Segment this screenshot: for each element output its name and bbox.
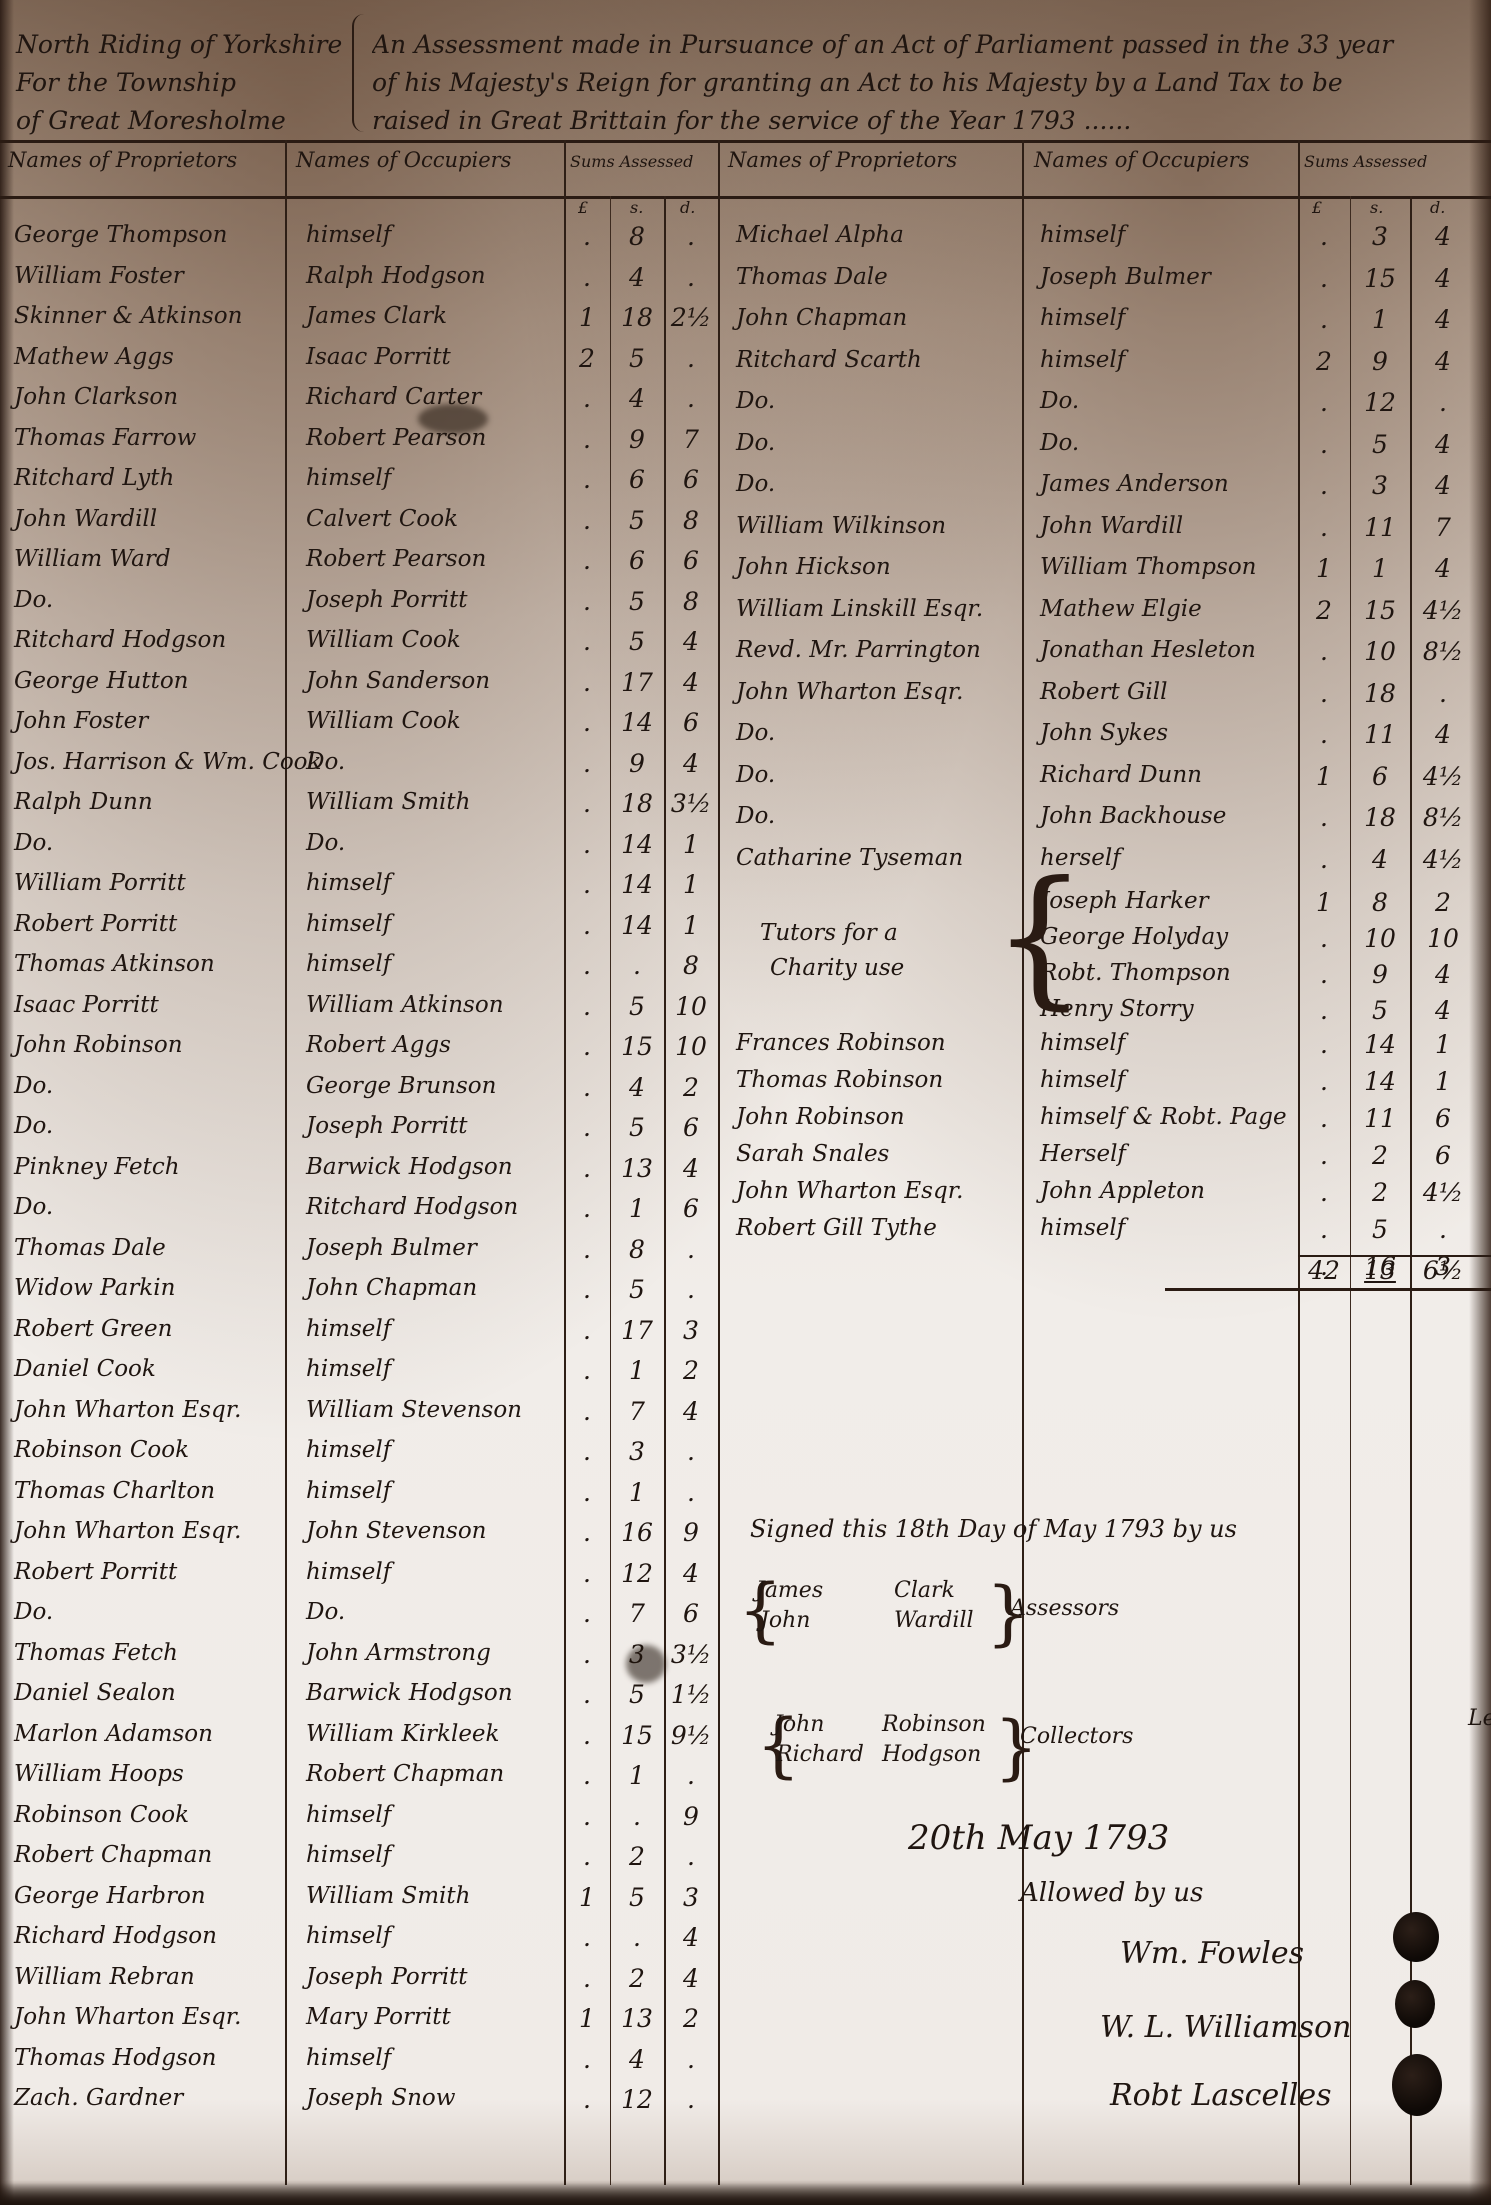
right-table-row: Catharine Tysemanherself.44½ xyxy=(0,845,1491,881)
proprietor-name: Revd. Mr. Parrington xyxy=(736,637,981,663)
pounds-value: . xyxy=(564,1680,610,1709)
shillings-value: 5 xyxy=(1350,996,1410,1025)
header-top-rule xyxy=(0,140,1491,143)
left-table-row: Daniel SealonBarwick Hodgson.51½ xyxy=(0,1680,1491,1716)
header-right-pence: d. xyxy=(1430,198,1445,217)
proprietor-name: Thomas Fetch xyxy=(14,1640,178,1666)
shillings-value: 5 xyxy=(1350,430,1410,459)
pence-value: . xyxy=(1410,388,1476,417)
shillings-value: 7 xyxy=(610,1599,664,1628)
act-line-3: raised in Great Brittain for the service… xyxy=(372,102,1472,140)
occupier-name: William Thompson xyxy=(1040,554,1257,580)
proprietor-name: Thomas Charlton xyxy=(14,1478,215,1504)
pounds-value: . xyxy=(1298,637,1350,666)
total-pence: 6½ xyxy=(1410,1256,1476,1285)
proprietor-name: John Wharton Esqr. xyxy=(14,1397,241,1423)
header-bottom-rule xyxy=(0,196,1491,199)
county-line: North Riding of Yorkshire xyxy=(16,26,356,64)
occupier-name: Robert Chapman xyxy=(306,1761,504,1787)
right-table-after-row: Thomas Robinsonhimself.141 xyxy=(0,1067,1491,1103)
pence-value: . xyxy=(664,1478,718,1507)
proprietor-name: Thomas Robinson xyxy=(736,1067,943,1093)
occupier-name: Joseph Snow xyxy=(306,2085,455,2111)
pence-value: 4½ xyxy=(1410,845,1476,874)
pence-value: . xyxy=(664,1842,718,1871)
charity-proprietor-line-1: Tutors for a xyxy=(760,920,898,946)
total-pounds: 42 xyxy=(1298,1256,1350,1285)
collector-2-first: Richard xyxy=(776,1742,864,1767)
shillings-value: 10 xyxy=(1350,637,1410,666)
shillings-value: 4 xyxy=(1350,845,1410,874)
pence-value: 4 xyxy=(1410,430,1476,459)
shillings-value: 4 xyxy=(610,2045,664,2074)
collector-1-first: John xyxy=(774,1712,824,1737)
header-left-shillings: s. xyxy=(630,198,643,217)
right-table-row: John Chapmanhimself.14 xyxy=(0,305,1491,341)
total-row: 42 13 6½ xyxy=(0,1256,1491,1292)
proprietor-name: John Wharton Esqr. xyxy=(736,1178,963,1204)
shillings-value: 12 xyxy=(610,1559,664,1588)
occupier-name: himself xyxy=(306,2045,391,2071)
proprietor-name: William Rebran xyxy=(14,1964,195,1990)
pounds-value: . xyxy=(1298,305,1350,334)
occupier-name: Joseph Porritt xyxy=(306,1964,468,1990)
left-table-row: Robinson Cookhimself..9 xyxy=(0,1802,1491,1838)
pence-value: 4 xyxy=(1410,720,1476,749)
pence-value: 4 xyxy=(1410,960,1476,989)
pounds-value: . xyxy=(1298,924,1350,953)
left-table-row: John Wharton Esqr.John Stevenson.169 xyxy=(0,1518,1491,1554)
charity-table-row: Joseph Harker182 xyxy=(0,888,1491,924)
pounds-value: . xyxy=(564,1437,610,1466)
proprietor-name: Do. xyxy=(736,430,775,456)
pounds-value: . xyxy=(564,1316,610,1345)
shillings-value: 14 xyxy=(1350,1030,1410,1059)
commissioner-signature-1: Wm. Fowles xyxy=(1120,1936,1304,1971)
assessor-2-first: John xyxy=(760,1608,810,1633)
occupier-name: John Appleton xyxy=(1040,1178,1205,1204)
header-right-occupiers: Names of Occupiers xyxy=(1034,148,1249,172)
pounds-value: . xyxy=(564,1599,610,1628)
header-right-proprietors: Names of Proprietors xyxy=(728,148,957,172)
document-title-block: North Riding of Yorkshire For the Townsh… xyxy=(10,6,1480,134)
proprietor-name: Ritchard Scarth xyxy=(736,347,922,373)
pounds-value: . xyxy=(1298,679,1350,708)
proprietor-name: Robinson Cook xyxy=(14,1437,189,1463)
proprietor-name: Robinson Cook xyxy=(14,1802,189,1828)
proprietor-name: Daniel Cook xyxy=(14,1356,156,1382)
pence-value: 9½ xyxy=(664,1721,718,1750)
pence-value: 1½ xyxy=(664,1680,718,1709)
pounds-value: 2 xyxy=(1298,347,1350,376)
pence-value: . xyxy=(664,1761,718,1790)
township-line: For the Township xyxy=(16,64,356,102)
township-name-line: of Great Moresholme xyxy=(16,102,356,140)
total-shillings: 13 xyxy=(1350,1256,1410,1285)
pounds-value: . xyxy=(1298,513,1350,542)
left-table-row: Robinson Cookhimself.3. xyxy=(0,1437,1491,1473)
proprietor-name: Marlon Adamson xyxy=(14,1721,213,1747)
occupier-name: himself xyxy=(1040,1030,1125,1056)
pounds-value: . xyxy=(564,1842,610,1871)
commissioner-signature-2: W. L. Williamson xyxy=(1100,2010,1351,2045)
commissioner-signature-3: Robt Lascelles xyxy=(1110,2078,1332,2113)
pounds-value: 1 xyxy=(564,1883,610,1912)
shillings-value: 10 xyxy=(1350,924,1410,953)
pounds-value: . xyxy=(1298,720,1350,749)
shillings-value: 7 xyxy=(610,1397,664,1426)
occupier-name: William Kirkleek xyxy=(306,1721,499,1747)
pence-value: 2 xyxy=(664,2004,718,2033)
right-table-row: William Linskill Esqr.Mathew Elgie2154½ xyxy=(0,596,1491,632)
header-left-occupiers: Names of Occupiers xyxy=(296,148,511,172)
proprietor-name: John Robinson xyxy=(736,1104,905,1130)
shillings-value: 1 xyxy=(610,1478,664,1507)
scanned-document-page: North Riding of Yorkshire For the Townsh… xyxy=(0,0,1491,2205)
left-table-row: George HarbronWilliam Smith153 xyxy=(0,1883,1491,1919)
occupier-name: John Wardill xyxy=(1040,513,1183,539)
occupier-name: himself xyxy=(306,1802,391,1828)
shillings-value: 1 xyxy=(610,1356,664,1385)
proprietor-name: Do. xyxy=(736,388,775,414)
occupier-name: himself xyxy=(1040,1215,1125,1241)
pence-value: 6 xyxy=(1410,1141,1476,1170)
proprietor-name: John Wharton Esqr. xyxy=(14,1518,241,1544)
occupier-name: John Backhouse xyxy=(1040,803,1226,829)
shillings-value: 11 xyxy=(1350,513,1410,542)
pence-value: 4 xyxy=(1410,222,1476,251)
charity-brace: { xyxy=(992,862,1087,1012)
pence-value: 4 xyxy=(1410,996,1476,1025)
allowed-by-line: Allowed by us xyxy=(1020,1878,1203,1908)
pounds-value: 2 xyxy=(1298,596,1350,625)
shillings-value: 3 xyxy=(610,1437,664,1466)
left-table-row: John Wharton Esqr.William Stevenson.74 xyxy=(0,1397,1491,1433)
pounds-value: . xyxy=(1298,264,1350,293)
assessor-1-first: James xyxy=(756,1578,823,1603)
pence-value: 4 xyxy=(1410,305,1476,334)
occupier-name: himself xyxy=(1040,1067,1125,1093)
pounds-value: . xyxy=(1298,1030,1350,1059)
charity-table-row: Henry Storry.54 xyxy=(0,996,1491,1032)
proprietor-name: Daniel Sealon xyxy=(14,1680,176,1706)
pounds-value: . xyxy=(564,1761,610,1790)
occupier-name: John Sykes xyxy=(1040,720,1168,746)
right-table-after-row: Sarah SnalesHerself.26 xyxy=(0,1141,1491,1177)
proprietor-name: Robert Porritt xyxy=(14,1559,177,1585)
occupier-name: John Armstrong xyxy=(306,1640,491,1666)
occupier-name: John Stevenson xyxy=(306,1518,487,1544)
right-table-row: Revd. Mr. ParringtonJonathan Hesleton.10… xyxy=(0,637,1491,673)
pence-value: 4½ xyxy=(1410,1178,1476,1207)
occupier-name: himself & Robt. Page xyxy=(1040,1104,1287,1130)
shillings-value: 12 xyxy=(610,2085,664,2114)
shillings-value: 18 xyxy=(1350,679,1410,708)
right-table-row: Do.Richard Dunn164½ xyxy=(0,762,1491,798)
occupier-name: Joseph Bulmer xyxy=(1040,264,1211,290)
collector-1-last: Robinson xyxy=(882,1712,986,1737)
proprietor-name: Frances Robinson xyxy=(736,1030,946,1056)
left-table-row: Robert Greenhimself.173 xyxy=(0,1316,1491,1352)
header-right-shillings: s. xyxy=(1370,198,1383,217)
header-right-sums: Sums Assessed xyxy=(1304,152,1427,171)
pence-value: 1 xyxy=(1410,1067,1476,1096)
pence-value: . xyxy=(1410,1215,1476,1244)
wax-seal-2 xyxy=(1395,1980,1435,2028)
occupier-name: Do. xyxy=(306,1599,345,1625)
shillings-value: 16 xyxy=(610,1518,664,1547)
pence-value: 9 xyxy=(664,1802,718,1831)
shillings-value: 1 xyxy=(1350,305,1410,334)
right-table-row: Do.John Backhouse.188½ xyxy=(0,803,1491,839)
occupier-name: himself xyxy=(306,1356,391,1382)
shillings-value: . xyxy=(610,1923,664,1952)
margin-mark: Le xyxy=(1468,1706,1491,1731)
right-table-after-row: John Robinsonhimself & Robt. Page.116 xyxy=(0,1104,1491,1140)
proprietor-name: Do. xyxy=(736,720,775,746)
act-line-2: of his Majesty's Reign for granting an A… xyxy=(372,64,1472,102)
shillings-value: 2 xyxy=(610,1842,664,1871)
pence-value: 4 xyxy=(664,1397,718,1426)
header-left-sums: Sums Assessed xyxy=(570,152,693,171)
right-table-row: Do.James Anderson.34 xyxy=(0,471,1491,507)
header-left-pence: d. xyxy=(680,198,695,217)
right-table-row: John HicksonWilliam Thompson114 xyxy=(0,554,1491,590)
pence-value: 10 xyxy=(1410,924,1476,953)
charity-table-row: Robt. Thompson.94 xyxy=(0,960,1491,996)
right-table-row: Thomas DaleJoseph Bulmer.154 xyxy=(0,264,1491,300)
pence-value: . xyxy=(664,2085,718,2114)
pounds-value: 1 xyxy=(1298,554,1350,583)
occupier-name: Robert Gill xyxy=(1040,679,1168,705)
shillings-value: 15 xyxy=(1350,596,1410,625)
wax-seal-1 xyxy=(1393,1912,1439,1962)
shillings-value: 2 xyxy=(1350,1141,1410,1170)
occupier-name: himself xyxy=(306,1559,391,1585)
shillings-value: 15 xyxy=(610,1721,664,1750)
collector-2-last: Hodgson xyxy=(882,1742,981,1767)
pounds-value: . xyxy=(1298,1178,1350,1207)
pence-value: 7 xyxy=(1410,513,1476,542)
pence-value: 1 xyxy=(1410,1030,1476,1059)
occupier-name: himself xyxy=(306,1478,391,1504)
pounds-value: . xyxy=(564,1356,610,1385)
shillings-value: 2 xyxy=(610,1964,664,1993)
pounds-value: . xyxy=(564,1478,610,1507)
shillings-value: 18 xyxy=(1350,803,1410,832)
shillings-value: . xyxy=(610,1802,664,1831)
pounds-value: . xyxy=(1298,1104,1350,1133)
pounds-value: . xyxy=(564,2085,610,2114)
occupier-name: Jonathan Hesleton xyxy=(1040,637,1256,663)
proprietor-name: William Hoops xyxy=(14,1761,184,1787)
pence-value: 4 xyxy=(1410,347,1476,376)
right-table-row: John Wharton Esqr.Robert Gill.18. xyxy=(0,679,1491,715)
pounds-value: . xyxy=(564,2045,610,2074)
shillings-value: 1 xyxy=(1350,554,1410,583)
proprietor-name: Robert Green xyxy=(14,1316,172,1342)
pounds-value: . xyxy=(564,1923,610,1952)
proprietor-name: John Chapman xyxy=(736,305,907,331)
shillings-value: 15 xyxy=(1350,264,1410,293)
right-table-row: Do.Do..54 xyxy=(0,430,1491,466)
shillings-value: 9 xyxy=(1350,960,1410,989)
shillings-value: 1 xyxy=(610,1761,664,1790)
occupier-name: Richard Dunn xyxy=(1040,762,1202,788)
pounds-value: . xyxy=(1298,996,1350,1025)
pounds-value: . xyxy=(564,1964,610,1993)
shillings-value: 9 xyxy=(1350,347,1410,376)
shillings-value: 2 xyxy=(1350,1178,1410,1207)
pounds-value: 1 xyxy=(1298,762,1350,791)
page-edge-shadow-bottom xyxy=(0,2183,1491,2205)
occupier-name: himself xyxy=(306,1437,391,1463)
pence-value: 4 xyxy=(664,1559,718,1588)
proprietor-name: William Wilkinson xyxy=(736,513,946,539)
shillings-value: 8 xyxy=(1350,888,1410,917)
pence-value: . xyxy=(664,2045,718,2074)
header-right-pounds: £ xyxy=(1312,198,1322,217)
shillings-value: 12 xyxy=(1350,388,1410,417)
pence-value: 3 xyxy=(664,1316,718,1345)
proprietor-name: Thomas Dale xyxy=(736,264,888,290)
pounds-value: 1 xyxy=(564,2004,610,2033)
occupier-name: himself xyxy=(1040,222,1125,248)
occupier-name: Barwick Hodgson xyxy=(306,1680,513,1706)
proprietor-name: Do. xyxy=(736,803,775,829)
shillings-value: 11 xyxy=(1350,720,1410,749)
collectors-role: Collectors xyxy=(1020,1724,1133,1749)
pounds-value: . xyxy=(1298,960,1350,989)
pounds-value: . xyxy=(1298,388,1350,417)
shillings-value: 5 xyxy=(1350,1215,1410,1244)
shillings-value: 17 xyxy=(610,1316,664,1345)
pounds-value: 1 xyxy=(1298,888,1350,917)
proprietor-name: Do. xyxy=(736,471,775,497)
assessor-2-last: Wardill xyxy=(894,1608,974,1633)
shillings-value: 6 xyxy=(1350,762,1410,791)
shillings-value: 11 xyxy=(1350,1104,1410,1133)
pence-value: 4 xyxy=(664,1923,718,1952)
pounds-value: . xyxy=(564,1640,610,1669)
right-table-row: Michael Alphahimself.34 xyxy=(0,222,1491,258)
pence-value: 9 xyxy=(664,1518,718,1547)
left-table-row: Thomas Charltonhimself.1. xyxy=(0,1478,1491,1514)
pounds-value: . xyxy=(1298,803,1350,832)
left-table-row: William HoopsRobert Chapman.1. xyxy=(0,1761,1491,1797)
shillings-value: 14 xyxy=(1350,1067,1410,1096)
pounds-value: . xyxy=(1298,430,1350,459)
header-left-pounds: £ xyxy=(578,198,588,217)
left-table-row: Marlon AdamsonWilliam Kirkleek.159½ xyxy=(0,1721,1491,1757)
proprietor-name: Michael Alpha xyxy=(736,222,904,248)
ink-blot-stain xyxy=(418,404,488,434)
pounds-value: . xyxy=(564,1397,610,1426)
occupier-name: Do. xyxy=(1040,388,1079,414)
occupier-name: himself xyxy=(306,1923,391,1949)
proprietor-name: Sarah Snales xyxy=(736,1141,889,1167)
proprietor-name: John Wharton Esqr. xyxy=(14,2004,241,2030)
pounds-value: . xyxy=(1298,1215,1350,1244)
pence-value: 8½ xyxy=(1410,803,1476,832)
proprietor-name: George Harbron xyxy=(14,1883,206,1909)
pounds-value: . xyxy=(1298,1067,1350,1096)
allowed-date: 20th May 1793 xyxy=(908,1818,1169,1858)
occupier-name: himself xyxy=(306,1842,391,1868)
right-table-after-row: Frances Robinsonhimself.141 xyxy=(0,1030,1491,1066)
pounds-value: . xyxy=(564,1518,610,1547)
pence-value: 4 xyxy=(1410,264,1476,293)
right-table-after-row: Robert Gill Tythehimself.5. xyxy=(0,1215,1491,1251)
left-table-row: Robert Chapmanhimself.2. xyxy=(0,1842,1491,1878)
header-left-proprietors: Names of Proprietors xyxy=(8,148,237,172)
right-table-row: Ritchard Scarthhimself294 xyxy=(0,347,1491,383)
proprietor-name: John Hickson xyxy=(736,554,891,580)
proprietor-name: John Wharton Esqr. xyxy=(736,679,963,705)
pence-value: 4 xyxy=(664,1964,718,1993)
signed-date-line: Signed this 18th Day of May 1793 by us xyxy=(750,1515,1237,1543)
pounds-value: . xyxy=(1298,471,1350,500)
pence-value: 4½ xyxy=(1410,596,1476,625)
occupier-name: himself xyxy=(1040,305,1125,331)
occupier-name: himself xyxy=(1040,347,1125,373)
pounds-value: . xyxy=(1298,1141,1350,1170)
occupier-name: Mathew Elgie xyxy=(1040,596,1202,622)
right-table-row: Do.Do..12. xyxy=(0,388,1491,424)
shillings-value: 3 xyxy=(1350,471,1410,500)
act-description: An Assessment made in Pursuance of an Ac… xyxy=(372,26,1472,140)
proprietor-name: Thomas Hodgson xyxy=(14,2045,216,2071)
proprietor-name: Robert Chapman xyxy=(14,1842,212,1868)
pounds-value: . xyxy=(1298,845,1350,874)
pence-value: 3 xyxy=(664,1883,718,1912)
shillings-value: 13 xyxy=(610,2004,664,2033)
proprietor-name: Zach. Gardner xyxy=(14,2085,183,2111)
pence-value: 4 xyxy=(1410,554,1476,583)
proprietor-name: Robert Gill Tythe xyxy=(736,1215,937,1241)
pence-value: 8½ xyxy=(1410,637,1476,666)
charity-proprietor-line-2: Charity use xyxy=(770,955,904,981)
proprietor-name: Do. xyxy=(736,762,775,788)
pence-value: 6 xyxy=(664,1599,718,1628)
proprietor-name: William Linskill Esqr. xyxy=(736,596,983,622)
pounds-value: . xyxy=(564,1721,610,1750)
occupier-name: himself xyxy=(306,1316,391,1342)
pence-value: 4 xyxy=(1410,471,1476,500)
charity-table-row: George Holyday.1010 xyxy=(0,924,1491,960)
shillings-value: 3 xyxy=(1350,222,1410,251)
pence-value: 2 xyxy=(1410,888,1476,917)
pence-value: . xyxy=(1410,679,1476,708)
title-brace xyxy=(352,14,368,132)
pence-value: 6 xyxy=(1410,1104,1476,1133)
left-table-row: Daniel Cookhimself.12 xyxy=(0,1356,1491,1392)
shillings-value: 5 xyxy=(610,1680,664,1709)
right-table-row: Do.John Sykes.114 xyxy=(0,720,1491,756)
right-table-row: William WilkinsonJohn Wardill.117 xyxy=(0,513,1491,549)
pence-value: 2 xyxy=(664,1356,718,1385)
occupier-name: Do. xyxy=(1040,430,1079,456)
left-table-row: Thomas Hodgsonhimself.4. xyxy=(0,2045,1491,2081)
jurisdiction-heading: North Riding of Yorkshire For the Townsh… xyxy=(16,26,356,140)
assessor-1-last: Clark xyxy=(894,1578,955,1603)
pence-value: . xyxy=(664,1437,718,1466)
shillings-value: 5 xyxy=(610,1883,664,1912)
pence-value: 4½ xyxy=(1410,762,1476,791)
proprietor-name: Catharine Tyseman xyxy=(736,845,963,871)
assessors-role: Assessors xyxy=(1010,1596,1119,1621)
wax-seal-3 xyxy=(1392,2054,1442,2116)
